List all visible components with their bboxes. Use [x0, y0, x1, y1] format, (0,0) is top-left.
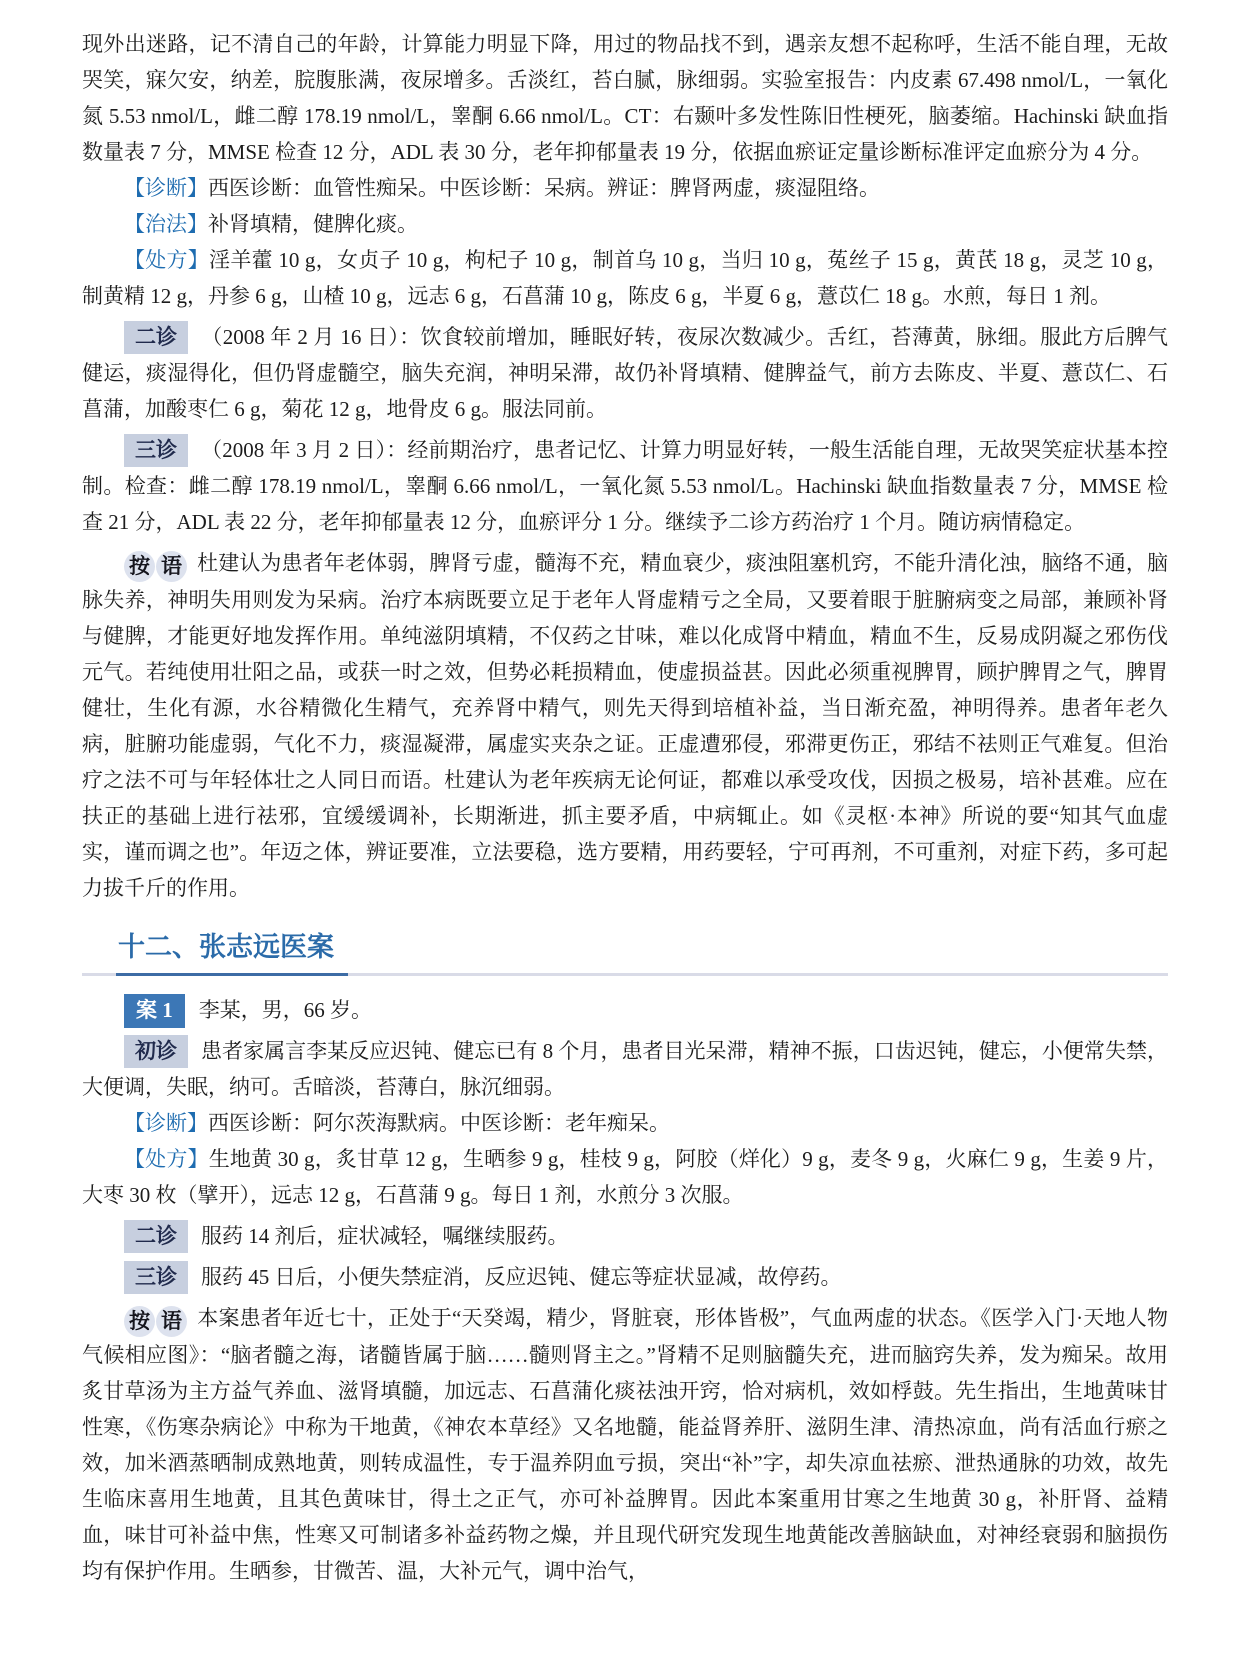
note-label-char2-case1: 语 — [156, 1306, 187, 1337]
visit2-text-case1: 服药 14 剂后，症状减轻，嘱继续服药。 — [201, 1224, 569, 1248]
visit2-label-case1: 二诊 — [124, 1220, 188, 1253]
prescription-label-case1: 【处方】 — [124, 1147, 209, 1171]
paragraph-visit3-case11: 三诊（2008 年 3 月 2 日）：经前期治疗，患者记忆、计算力明显好转，一般… — [82, 432, 1168, 540]
visit3-text: （2008 年 3 月 2 日）：经前期治疗，患者记忆、计算力明显好转，一般生活… — [82, 438, 1168, 534]
paragraph-note-case1: 按语本案患者年近七十，正处于“天癸竭，精少，肾脏衰，形体皆极”，气血两虚的状态。… — [82, 1300, 1168, 1589]
visit3-label: 三诊 — [124, 434, 188, 467]
note-label-char1-case1: 按 — [124, 1306, 155, 1337]
visit2-label: 二诊 — [124, 321, 188, 354]
section-heading: 十二、张志远医案 — [82, 930, 1168, 976]
visit3-text-case1: 服药 45 日后，小便失禁症消，反应迟钝、健忘等症状显减，故停药。 — [201, 1265, 842, 1289]
diagnosis-text: 西医诊断：血管性痴呆。中医诊断：呆病。辨证：脾肾两虚，痰湿阻络。 — [208, 176, 880, 200]
case-number-badge: 案 1 — [124, 994, 185, 1028]
paragraph-prescription-case1: 【处方】生地黄 30 g，炙甘草 12 g，生晒参 9 g，桂枝 9 g，阿胶（… — [82, 1141, 1168, 1213]
paragraph-diagnosis-case11: 【诊断】西医诊断：血管性痴呆。中医诊断：呆病。辨证：脾肾两虚，痰湿阻络。 — [82, 170, 1168, 206]
note-text-case1: 本案患者年近七十，正处于“天癸竭，精少，肾脏衰，形体皆极”，气血两虚的状态。《医… — [82, 1306, 1168, 1583]
diagnosis-label: 【诊断】 — [124, 176, 208, 200]
paragraph-firstvisit-case1: 初诊患者家属言李某反应迟钝、健忘已有 8 个月，患者目光呆滞，精神不振，口齿迟钝… — [82, 1033, 1168, 1105]
prescription-text-case1: 生地黄 30 g，炙甘草 12 g，生晒参 9 g，桂枝 9 g，阿胶（烊化）9… — [82, 1147, 1168, 1207]
treatment-text: 补肾填精，健脾化痰。 — [208, 212, 418, 236]
diagnosis-label-case1: 【诊断】 — [124, 1111, 208, 1135]
first-visit-text: 患者家属言李某反应迟钝、健忘已有 8 个月，患者目光呆滞，精神不振，口齿迟钝，健… — [82, 1039, 1168, 1099]
paragraph-case11-continuation: 现外出迷路，记不清自己的年龄，计算能力明显下降，用过的物品找不到，遇亲友想不起称… — [82, 26, 1168, 170]
paragraph-visit3-case1: 三诊服药 45 日后，小便失禁症消，反应迟钝、健忘等症状显减，故停药。 — [82, 1259, 1168, 1295]
paragraph-treatment-case11: 【治法】补肾填精，健脾化痰。 — [82, 206, 1168, 242]
note-label-char1: 按 — [124, 551, 155, 582]
treatment-label: 【治法】 — [124, 212, 208, 236]
paragraph-case1-intro: 案 1李某，男，66 岁。 — [82, 992, 1168, 1028]
paragraph-note-case11: 按语杜建认为患者年老体弱，脾肾亏虚，髓海不充，精血衰少，痰浊阻塞机窍，不能升清化… — [82, 545, 1168, 906]
visit3-label-case1: 三诊 — [124, 1261, 188, 1294]
first-visit-label: 初诊 — [124, 1035, 188, 1068]
paragraph-prescription-case11: 【处方】淫羊藿 10 g，女贞子 10 g，枸杞子 10 g，制首乌 10 g，… — [82, 242, 1168, 314]
section-heading-title: 十二、张志远医案 — [116, 930, 348, 976]
book-page: 现外出迷路，记不清自己的年龄，计算能力明显下降，用过的物品找不到，遇亲友想不起称… — [0, 0, 1250, 1662]
prescription-text: 淫羊藿 10 g，女贞子 10 g，枸杞子 10 g，制首乌 10 g，当归 1… — [82, 248, 1168, 308]
note-label-char2: 语 — [156, 551, 187, 582]
prescription-label: 【处方】 — [124, 248, 209, 272]
paragraph-visit2-case1: 二诊服药 14 剂后，症状减轻，嘱继续服药。 — [82, 1218, 1168, 1254]
diagnosis-text-case1: 西医诊断：阿尔茨海默病。中医诊断：老年痴呆。 — [208, 1111, 670, 1135]
case1-intro-text: 李某，男，66 岁。 — [199, 998, 372, 1022]
paragraph-diagnosis-case1: 【诊断】西医诊断：阿尔茨海默病。中医诊断：老年痴呆。 — [82, 1105, 1168, 1141]
paragraph-visit2-case11: 二诊（2008 年 2 月 16 日）：饮食较前增加，睡眠好转，夜尿次数减少。舌… — [82, 319, 1168, 427]
note-text: 杜建认为患者年老体弱，脾肾亏虚，髓海不充，精血衰少，痰浊阻塞机窍，不能升清化浊，… — [82, 551, 1168, 900]
visit2-text: （2008 年 2 月 16 日）：饮食较前增加，睡眠好转，夜尿次数减少。舌红，… — [82, 325, 1168, 421]
